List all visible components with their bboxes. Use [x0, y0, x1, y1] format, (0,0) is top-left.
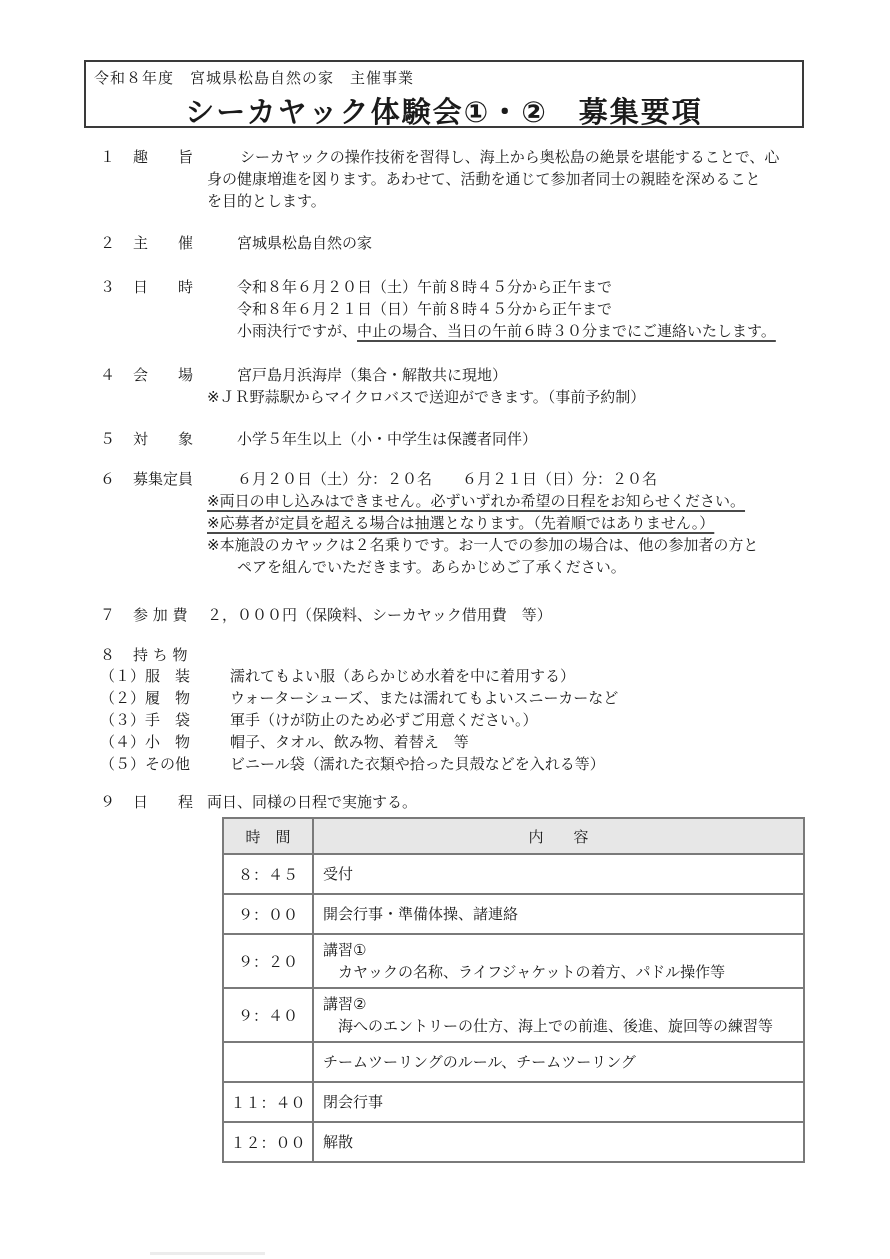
item-label: （４）小 物 [100, 731, 230, 753]
list-item: （３）手 袋 軍手（けが防止のため必ずご用意ください。） [100, 709, 810, 731]
cancellation-notice: 中止の場合、当日の午前６時３０分までにご連絡いたします。 [357, 322, 776, 340]
content-cell: 開会行事・準備体操、諸連絡 [313, 894, 804, 934]
schedule-intro: 両日、同様の日程で実施する。 [207, 791, 810, 813]
time-cell: １１：４０ [223, 1082, 313, 1122]
belongings-list: （１）服 装 濡れてもよい服（あらかじめ水着を中に着用する） （２）履 物 ウォ… [100, 665, 810, 775]
section-label: 日 時 [133, 276, 207, 297]
table-row: ９：００ 開会行事・準備体操、諸連絡 [223, 894, 804, 934]
item-label: （５）その他 [100, 753, 230, 775]
section-datetime: ３ 日 時 令和８年６月２０日（土）午前８時４５分から正午まで 令和８年６月２１… [100, 276, 810, 342]
section-number: ７ [100, 604, 133, 625]
item-text: ウォーターシューズ、または濡れてもよいスニーカーなど [230, 687, 810, 709]
section-belongings: ８ 持 ち 物 [100, 644, 810, 665]
content-cell: 閉会行事 [313, 1082, 804, 1122]
section-number: ２ [100, 232, 133, 253]
table-row: １２：００ 解散 [223, 1122, 804, 1162]
content-cell: 講習① カヤックの名称、ライフジャケットの着方、パドル操作等 [313, 934, 804, 988]
item-text: 帽子、タオル、飲み物、着替え 等 [230, 731, 810, 753]
item-label: （１）服 装 [100, 665, 230, 687]
capacity-counts: ６月２０日（土）分：２０名 ６月２１日（日）分：２０名 [207, 468, 810, 490]
section-organizer: ２ 主 催 宮城県松島自然の家 [100, 232, 810, 254]
document-header-box: 令和８年度 宮城県松島自然の家 主催事業 シーカヤック体験会①・② 募集要項 [84, 60, 804, 128]
header-program-line: 令和８年度 宮城県松島自然の家 主催事業 [94, 67, 802, 88]
capacity-note-pairing: ペアを組んでいただきます。あらかじめご了承ください。 [207, 556, 810, 578]
section-number: １ [100, 146, 133, 167]
section-schedule: ９ 日 程 両日、同様の日程で実施する。 [100, 791, 810, 813]
section-label: 趣 旨 [133, 146, 207, 167]
capacity-note-pairing: ※本施設のカヤックは２名乗りです。お一人での参加の場合は、他の参加者の方と [207, 534, 810, 556]
list-item: （２）履 物 ウォーターシューズ、または濡れてもよいスニーカーなど [100, 687, 810, 709]
time-cell: ９：００ [223, 894, 313, 934]
item-text: ビニール袋（濡れた衣類や拾った貝殻などを入れる等） [230, 753, 810, 775]
item-text: 軍手（けが防止のため必ずご用意ください。） [230, 709, 810, 731]
item-text: 濡れてもよい服（あらかじめ水着を中に着用する） [230, 665, 810, 687]
list-item: （１）服 装 濡れてもよい服（あらかじめ水着を中に着用する） [100, 665, 810, 687]
schedule-table: 時 間 内 容 ８：４５ 受付 ９：００ 開会行事・準備体操、諸連絡 ９：２０ … [222, 817, 805, 1163]
content-cell: 受付 [313, 854, 804, 894]
purpose-line: を目的とします。 [207, 190, 810, 212]
table-row: ９：２０ 講習① カヤックの名称、ライフジャケットの着方、パドル操作等 [223, 934, 804, 988]
datetime-line: 令和８年６月２０日（土）午前８時４５分から正午まで [207, 276, 810, 298]
page-title: シーカヤック体験会①・② 募集要項 [86, 90, 802, 131]
fee-amount: ２，０００円（保険料、シーカヤック借用費 等） [207, 604, 810, 626]
time-cell: ９：４０ [223, 988, 313, 1042]
table-row: チームツーリングのルール、チームツーリング [223, 1042, 804, 1082]
capacity-note-single-day: ※両日の申し込みはできません。必ずいずれか希望の日程をお知らせください。 [207, 490, 810, 512]
section-label: 対 象 [133, 428, 207, 449]
content-cell: 解散 [313, 1122, 804, 1162]
section-number: ６ [100, 468, 133, 489]
section-number: ３ [100, 276, 133, 297]
section-number: ５ [100, 428, 133, 449]
section-label: 会 場 [133, 364, 207, 385]
section-eligibility: ５ 対 象 小学５年生以上（小・中学生は保護者同伴） [100, 428, 810, 450]
table-row: ８：４５ 受付 [223, 854, 804, 894]
section-number: ９ [100, 791, 133, 812]
purpose-line: シーカヤックの操作技術を習得し、海上から奥松島の絶景を堪能することで、心 [207, 146, 810, 168]
time-cell: ８：４５ [223, 854, 313, 894]
datetime-line: 令和８年６月２１日（日）午前８時４５分から正午まで [207, 298, 810, 320]
next-page-text-sliver [150, 1252, 265, 1255]
venue-name: 宮戸島月浜海岸（集合・解散共に現地） [207, 364, 810, 386]
rain-policy-prefix: 小雨決行ですが、 [237, 322, 357, 340]
content-cell: チームツーリングのルール、チームツーリング [313, 1042, 804, 1082]
time-column-header: 時 間 [223, 818, 313, 854]
shuttle-note: ※ＪＲ野蒜駅からマイクロバスで送迎ができます。（事前予約制） [207, 386, 810, 408]
list-item: （４）小 物 帽子、タオル、飲み物、着替え 等 [100, 731, 810, 753]
time-cell: ９：２０ [223, 934, 313, 988]
section-label: 募集定員 [133, 468, 207, 489]
document-body: １ 趣 旨 シーカヤックの操作技術を習得し、海上から奥松島の絶景を堪能することで… [100, 146, 810, 1163]
section-purpose: １ 趣 旨 シーカヤックの操作技術を習得し、海上から奥松島の絶景を堪能することで… [100, 146, 810, 212]
section-label: 持 ち 物 [133, 644, 207, 665]
section-label: 参 加 費 [133, 604, 207, 625]
section-label: 主 催 [133, 232, 207, 253]
purpose-line: 身の健康増進を図ります。あわせて、活動を通じて参加者同士の親睦を深めること [207, 168, 810, 190]
item-label: （２）履 物 [100, 687, 230, 709]
content-column-header: 内 容 [313, 818, 804, 854]
table-header-row: 時 間 内 容 [223, 818, 804, 854]
organizer-name: 宮城県松島自然の家 [207, 232, 810, 254]
section-venue: ４ 会 場 宮戸島月浜海岸（集合・解散共に現地） ※ＪＲ野蒜駅からマイクロバスで… [100, 364, 810, 408]
section-number: ４ [100, 364, 133, 385]
table-row: ９：４０ 講習② 海へのエントリーの仕方、海上での前進、後進、旋回等の練習等 [223, 988, 804, 1042]
rain-policy-line: 小雨決行ですが、中止の場合、当日の午前６時３０分までにご連絡いたします。 [207, 320, 810, 342]
item-label: （３）手 袋 [100, 709, 230, 731]
time-cell: １２：００ [223, 1122, 313, 1162]
time-cell [223, 1042, 313, 1082]
eligibility-text: 小学５年生以上（小・中学生は保護者同伴） [207, 428, 810, 450]
section-label: 日 程 [133, 791, 207, 812]
capacity-note-lottery: ※応募者が定員を超える場合は抽選となります。（先着順ではありません。） [207, 512, 810, 534]
section-fee: ７ 参 加 費 ２，０００円（保険料、シーカヤック借用費 等） [100, 604, 810, 626]
list-item: （５）その他 ビニール袋（濡れた衣類や拾った貝殻などを入れる等） [100, 753, 810, 775]
section-number: ８ [100, 644, 133, 665]
content-cell: 講習② 海へのエントリーの仕方、海上での前進、後進、旋回等の練習等 [313, 988, 804, 1042]
section-capacity: ６ 募集定員 ６月２０日（土）分：２０名 ６月２１日（日）分：２０名 ※両日の申… [100, 468, 810, 578]
table-row: １１：４０ 閉会行事 [223, 1082, 804, 1122]
